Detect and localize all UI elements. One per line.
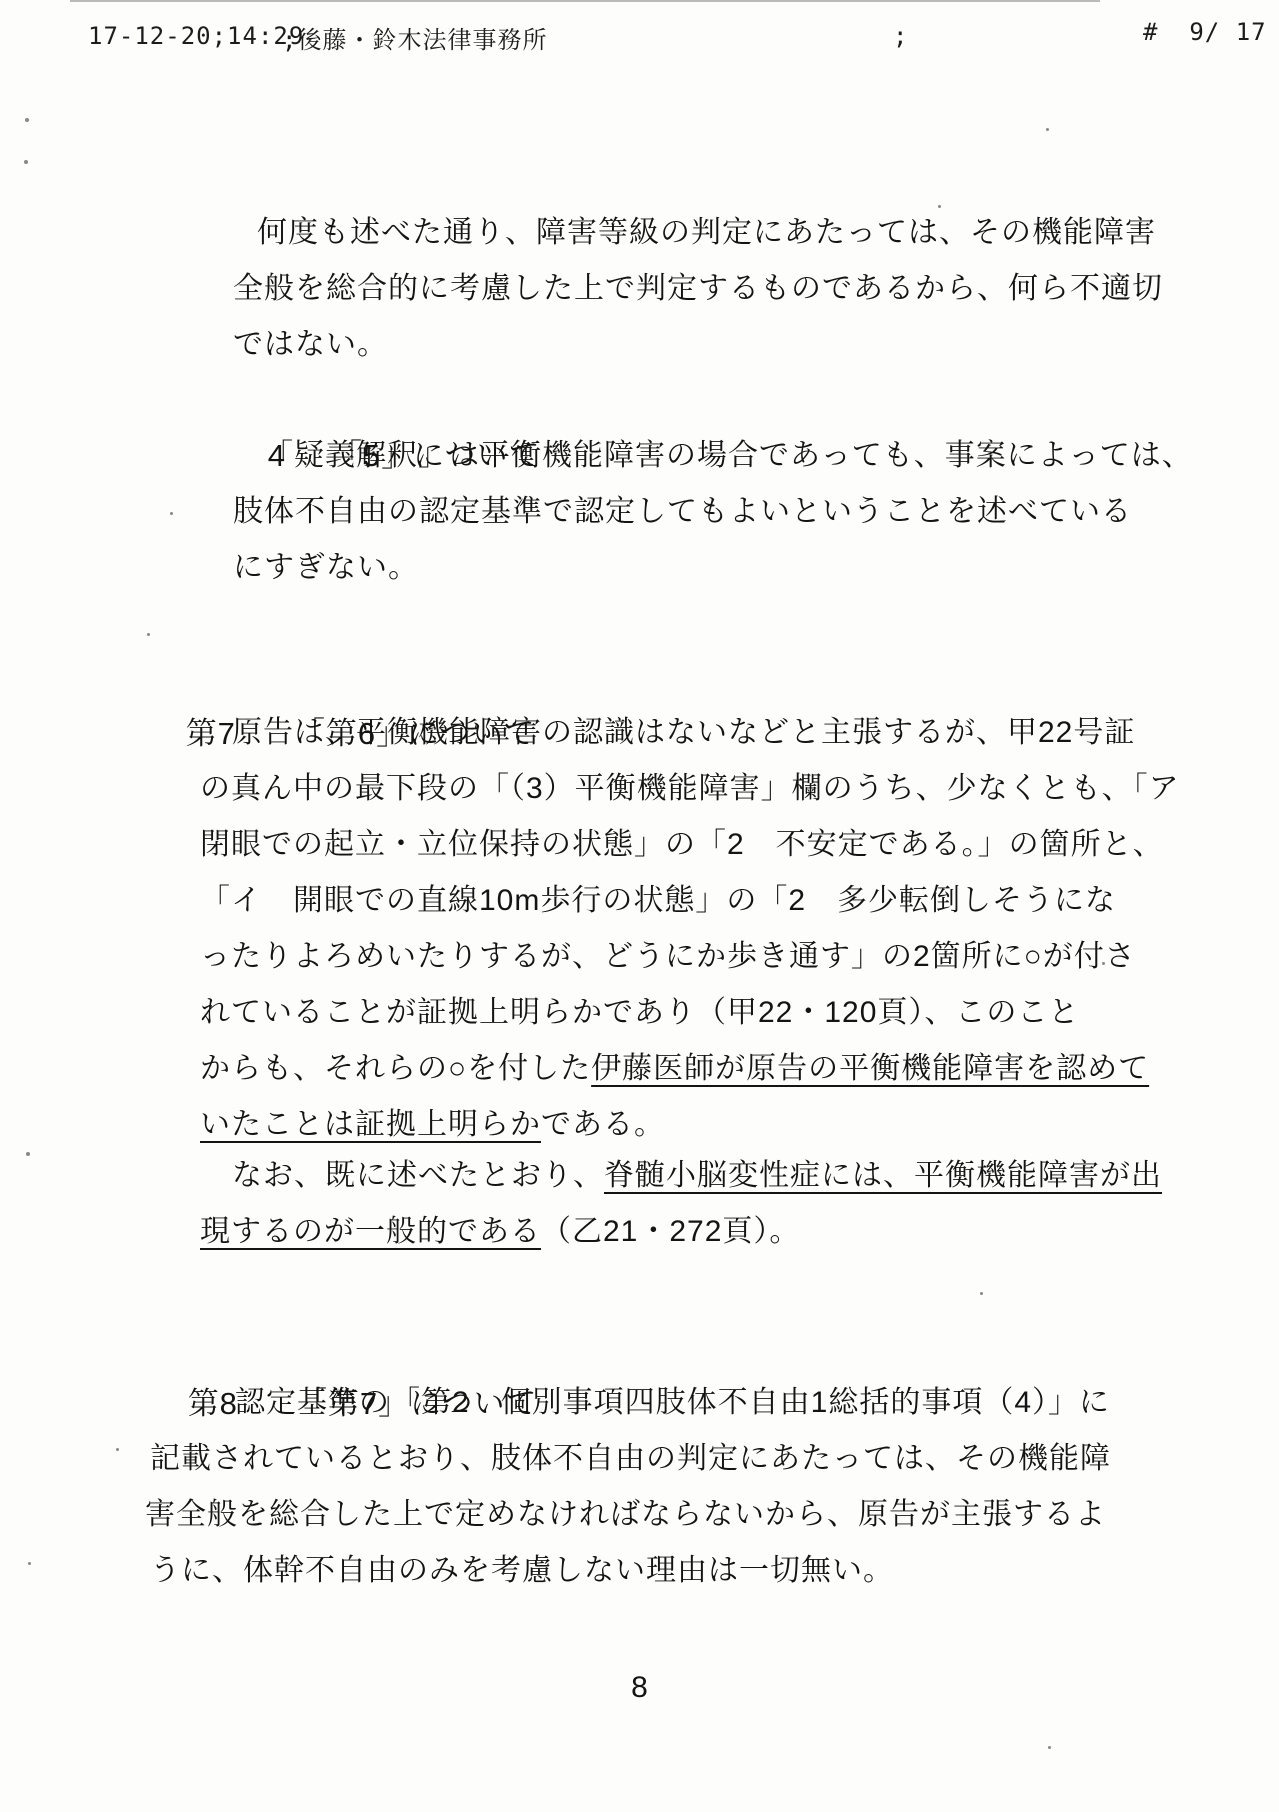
text-line: にすぎない。 — [233, 540, 1193, 596]
text-line: うに、体幹不自由のみを考慮しない理由は一切無い。 — [150, 1543, 1111, 1599]
text-line: 現するのが一般的である（乙21・272頁）。 — [200, 1204, 1162, 1260]
paragraph-sec7-2: なお、既に述べたとおり、脊髄小脳変性症には、平衡機能障害が出 現するのが一般的で… — [200, 1148, 1162, 1260]
text-segment: （乙21・272頁）。 — [541, 1215, 800, 1248]
paragraph-sec7-1: 原告は、平衡機能障害の認識はないなどと主張するが、甲22号証 の真ん中の最下段の… — [200, 705, 1180, 1153]
fax-page-indicator: # 9/ 17 — [1143, 18, 1267, 46]
text-line: 認定基準の「第2 個別事項四肢体不自由1総括的事項（4）」に — [205, 1375, 1111, 1431]
text-line: 全般を総合的に考慮した上で判定するものであるから、何ら不適切 — [233, 261, 1163, 317]
text-line: れていることが証拠上明らかであり（甲22・120頁）、このこと — [200, 985, 1180, 1041]
text-line: 閉眼での起立・立位保持の状態」の「2 不安定である。」の箇所と、 — [200, 817, 1180, 873]
paragraph-item-4: 「疑義解釈」は平衡機能障害の場合であっても、事案によっては、 肢体不自由の認定基… — [233, 428, 1193, 596]
fax-sender-name: ;後藤・鈴木法律事務所 — [282, 20, 547, 55]
text-line: いたことは証拠上明らかである。 — [200, 1097, 1180, 1153]
fax-document-page: 17-12-20;14:29 ;後藤・鈴木法律事務所 ; # 9/ 17 何度も… — [0, 0, 1279, 1812]
underlined-text-segment: 伊藤医師が原告の平衡機能障害を認めて — [591, 1052, 1149, 1085]
text-line: ったりよろめいたりするが、どうにか歩き通す」の2箇所に○が付さ — [200, 929, 1180, 985]
text-segment: なお、既に述べたとおり、 — [200, 1159, 604, 1192]
underlined-text-segment: 現するのが一般的である — [200, 1215, 541, 1248]
paragraph-intro: 何度も述べた通り、障害等級の判定にあたっては、その機能障害 全般を総合的に考慮し… — [233, 205, 1163, 373]
fax-timestamp: 17-12-20;14:29 — [88, 22, 304, 50]
text-line: の真ん中の最下段の「（3）平衡機能障害」欄のうち、少なくとも、「ア — [200, 761, 1180, 817]
text-line: 記載されているとおり、肢体不自由の判定にあたっては、その機能障 — [150, 1431, 1111, 1487]
underlined-text-segment: いたことは証拠上明らか — [200, 1108, 541, 1141]
text-line: 「疑義解釈」は平衡機能障害の場合であっても、事案によっては、 — [263, 428, 1193, 484]
text-segment: である。 — [541, 1108, 665, 1141]
text-segment: からも、それらの○を付した — [200, 1052, 591, 1085]
text-line: なお、既に述べたとおり、脊髄小脳変性症には、平衡機能障害が出 — [200, 1148, 1162, 1204]
paragraph-sec8: 認定基準の「第2 個別事項四肢体不自由1総括的事項（4）」に 記載されているとお… — [205, 1375, 1111, 1599]
text-line: からも、それらの○を付した伊藤医師が原告の平衡機能障害を認めて — [200, 1041, 1180, 1097]
text-line: 何度も述べた通り、障害等級の判定にあたっては、その機能障害 — [233, 205, 1163, 261]
scan-artifact-line — [70, 0, 1100, 2]
text-line: ではない。 — [233, 317, 1163, 373]
text-line: 肢体不自由の認定基準で認定してもよいということを述べている — [233, 484, 1193, 540]
underlined-text-segment: 脊髄小脳変性症には、平衡機能障害が出 — [604, 1159, 1162, 1192]
text-line: 原告は、平衡機能障害の認識はないなどと主張するが、甲22号証 — [200, 705, 1180, 761]
text-line: 「イ 開眼での直線10m歩行の状態」の「2 多少転倒しそうにな — [200, 873, 1180, 929]
text-line: 害全般を総合した上で定めなければならないから、原告が主張するよ — [145, 1487, 1111, 1543]
fax-separator: ; — [893, 22, 908, 50]
page-number: 8 — [0, 1660, 1279, 1716]
